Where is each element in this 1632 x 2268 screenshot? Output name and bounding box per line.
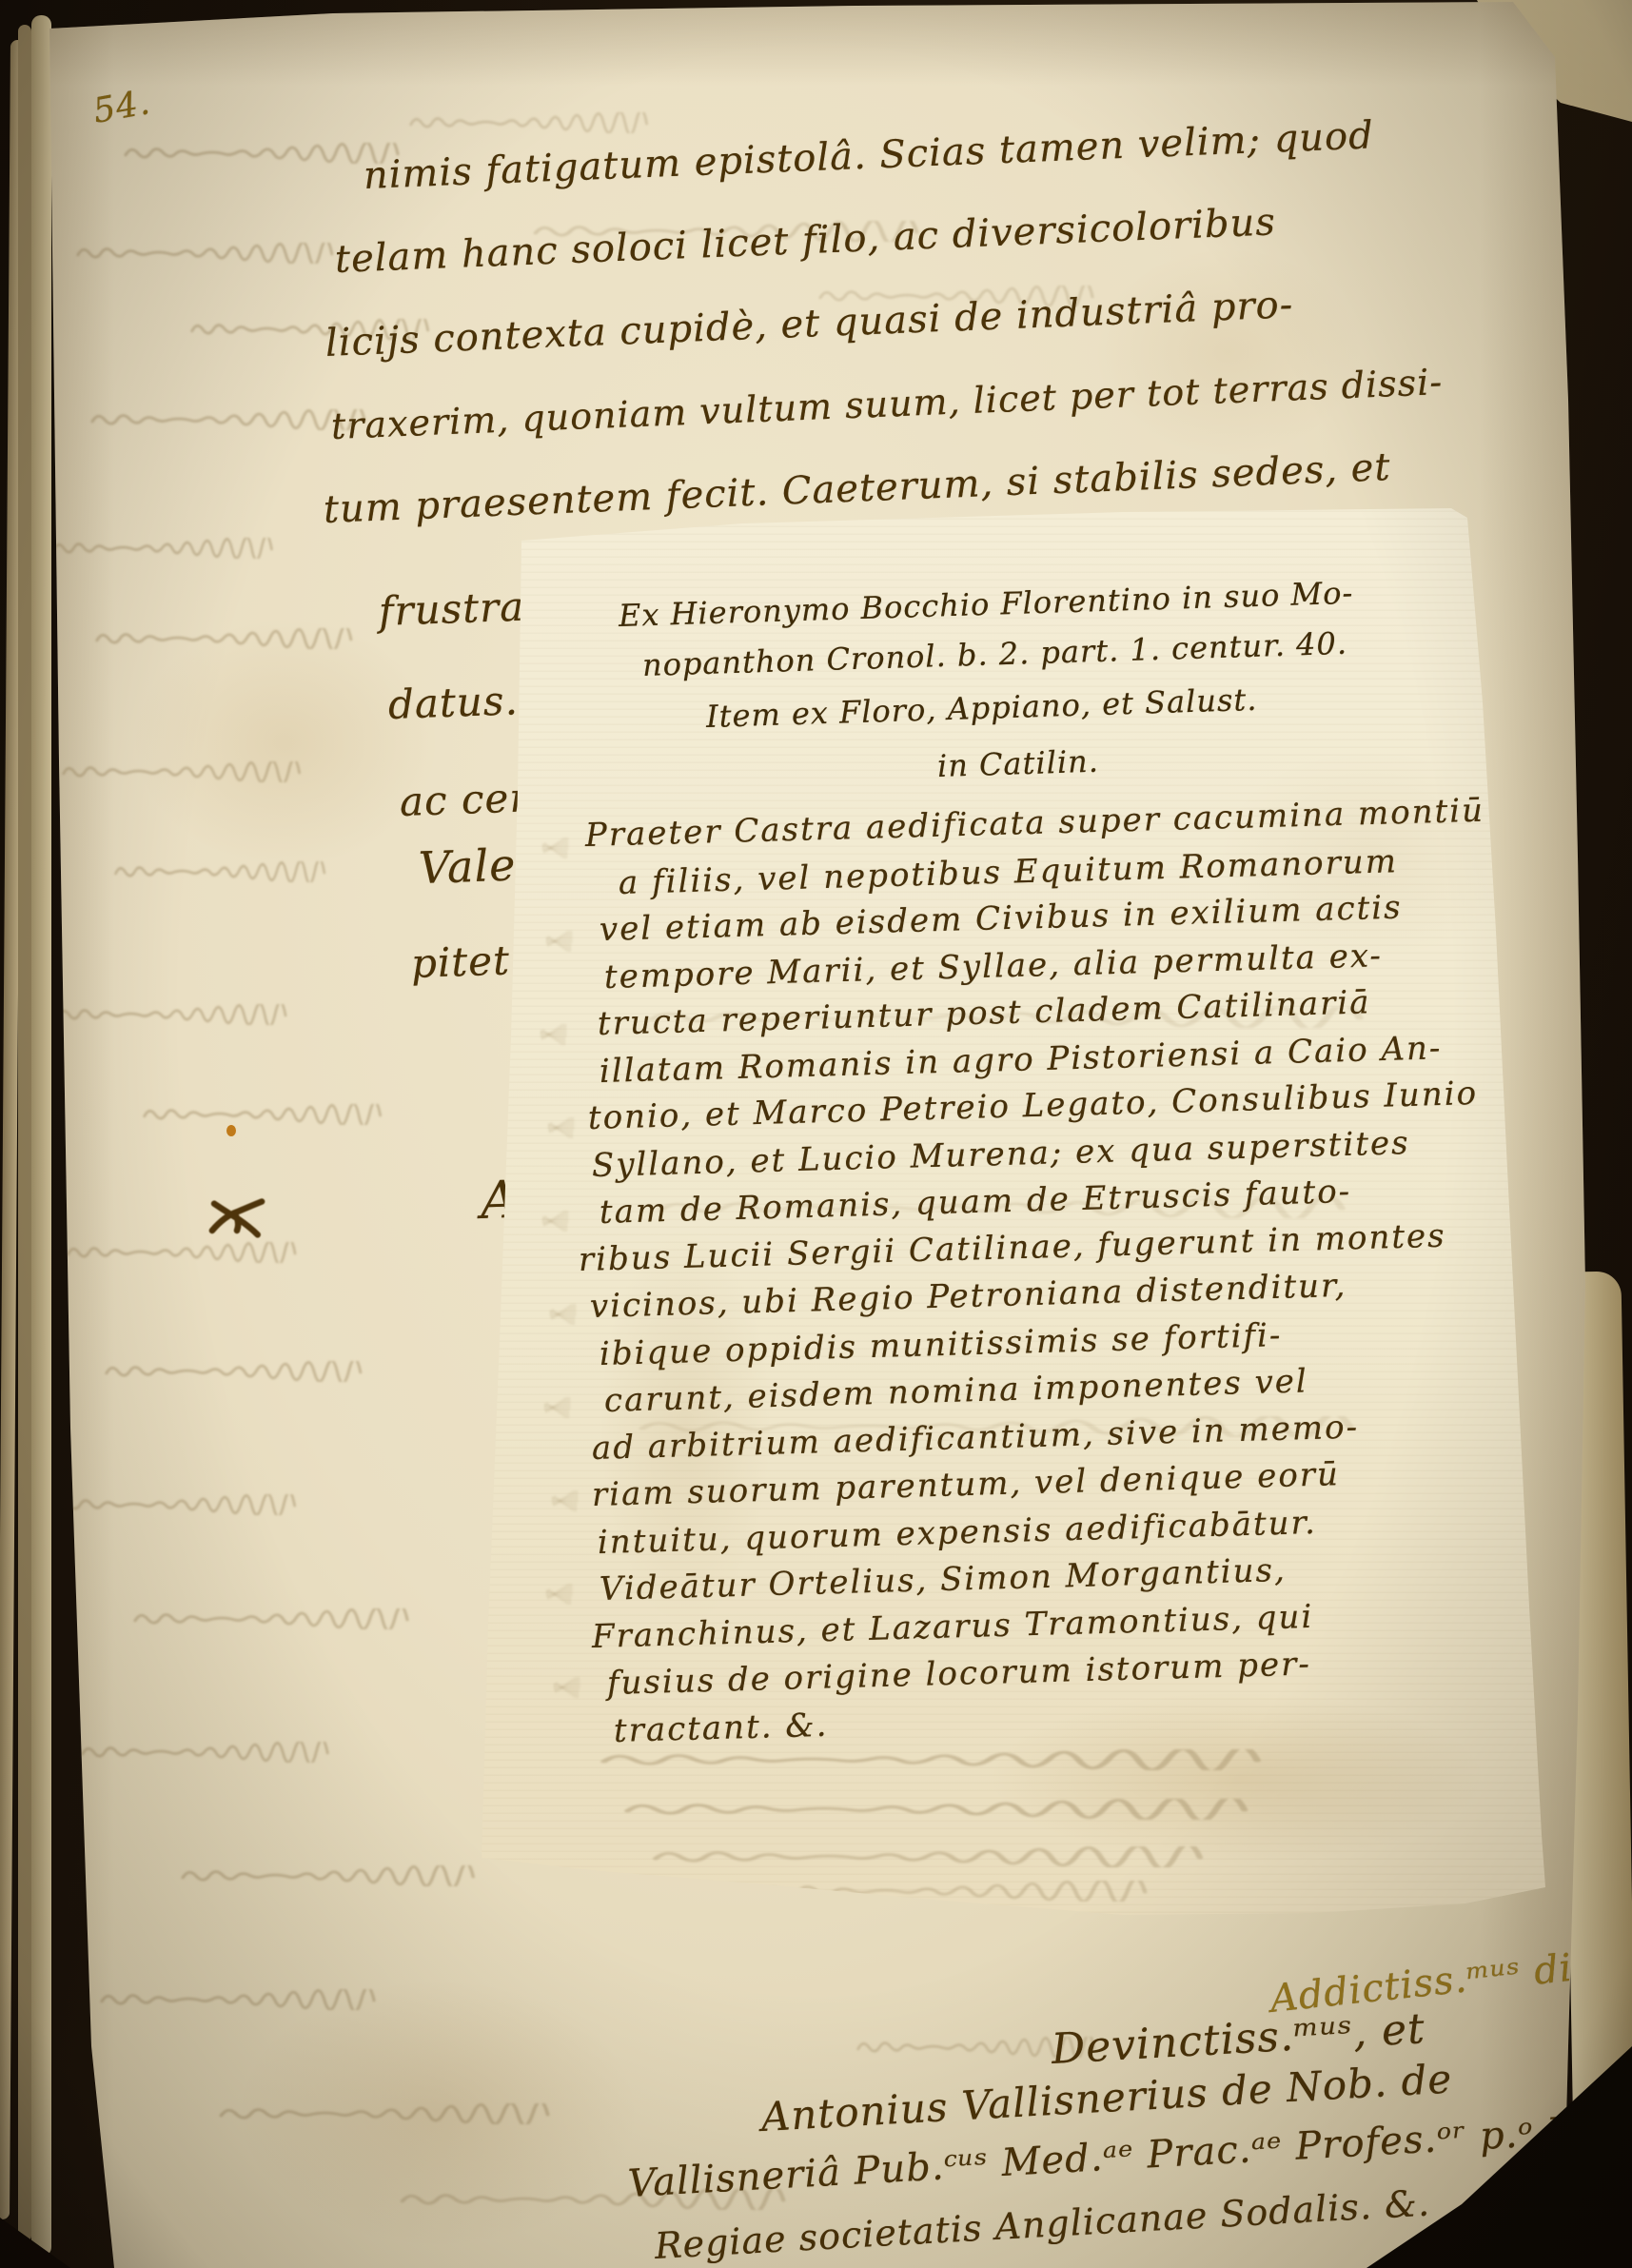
bleedthrough-mark [541, 1024, 567, 1045]
bleedthrough-stroke [143, 1104, 390, 1125]
bleedthrough-stroke [57, 1494, 305, 1515]
bleedthrough-stroke [95, 628, 362, 649]
letter-margin-fragment: datus. [387, 677, 519, 728]
bleedthrough-mark [546, 931, 573, 952]
bleedthrough-mark [550, 1304, 577, 1325]
pasted-note: Ex Hieronymo Bocchio Florentino in suo M… [457, 503, 1575, 1959]
bleedthrough-mark [544, 1397, 571, 1418]
bleedthrough-stroke [57, 1004, 295, 1025]
bleedthrough-stroke [76, 243, 343, 264]
note-heading-line: Item ex Floro, Appiano, et Salust. [705, 681, 1258, 735]
bleedthrough-stroke [67, 1242, 305, 1263]
bleedthrough-stroke [600, 1749, 1285, 1770]
bleedthrough-mark [542, 838, 569, 858]
bleedthrough-stroke [81, 1742, 338, 1763]
paper-stain [133, 619, 438, 866]
bleedthrough-stroke [761, 1881, 1161, 1902]
book-page-edge [31, 15, 51, 2257]
manuscript-photo: 54. nimis fatigatum epistolâ. Scias tame… [0, 0, 1632, 2268]
note-body-line: tractant. &. [613, 1706, 828, 1750]
note-heading-line: nopanthon Cronol. b. 2. part. 1. centur.… [641, 625, 1347, 683]
bleedthrough-stroke [105, 1361, 371, 1382]
folio-number: 54. [90, 83, 153, 131]
ink-blot [206, 1195, 268, 1243]
page-shading [0, 0, 1632, 86]
letter-margin-fragment: pitet [410, 937, 511, 987]
note-heading-line: Ex Hieronymo Bocchio Florentino in suo M… [618, 575, 1353, 634]
paper-stain [990, 1692, 1485, 1864]
foxing-spot [226, 1125, 236, 1136]
bleedthrough-stroke [409, 112, 657, 133]
bleedthrough-stroke [62, 761, 309, 782]
page-shading [48, 0, 114, 2268]
bleedthrough-stroke [181, 1865, 485, 1886]
bleedthrough-mark [546, 1584, 573, 1605]
manuscript-page: 54. nimis fatigatum epistolâ. Scias tame… [0, 0, 1632, 2268]
bleedthrough-mark [552, 1490, 579, 1511]
bleedthrough-stroke [623, 1799, 1270, 1820]
bleedthrough-mark [554, 1677, 580, 1698]
bleedthrough-stroke [100, 1989, 385, 2010]
paper-stain [1094, 247, 1361, 457]
bleedthrough-stroke [114, 861, 333, 882]
bleedthrough-stroke [133, 1608, 419, 1629]
bleedthrough-mark [542, 1211, 569, 1232]
letter-margin-fragment: Vale. [418, 838, 532, 894]
bleedthrough-mark [548, 1117, 575, 1138]
bleedthrough-stroke [219, 2103, 561, 2124]
letter-line: telam hanc soloci licet filo, ac diversi… [334, 200, 1277, 282]
letter-margin-fragment: frustra [378, 583, 525, 635]
letter-margin-fragment: ac cer [399, 774, 530, 825]
bleedthrough-stroke [652, 1846, 1223, 1867]
bleedthrough-stroke [52, 538, 281, 559]
note-heading-line: in Catilin. [936, 743, 1099, 784]
book-page-edge [18, 25, 31, 2242]
